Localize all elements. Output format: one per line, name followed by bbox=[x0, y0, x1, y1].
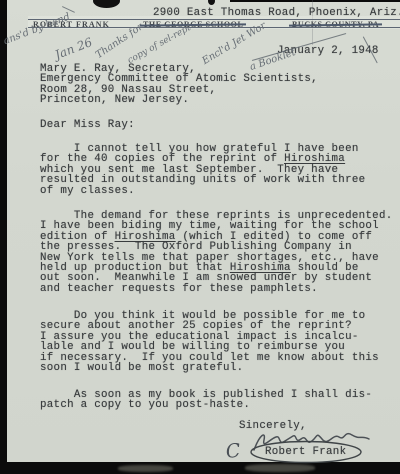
body-paragraph-1: I cannot tell you how grateful I have be… bbox=[40, 144, 365, 196]
scan-edge-left bbox=[0, 0, 7, 474]
scanned-letter: 2900 East Thomas Road, Phoenix, Ariz. RO… bbox=[0, 0, 400, 474]
body-paragraph-2: The demand for these reprints is unprece… bbox=[40, 211, 393, 294]
scan-blob-bottom-2 bbox=[245, 464, 315, 472]
scan-edge-top bbox=[230, 0, 400, 2]
salutation: Dear Miss Ray: bbox=[40, 119, 135, 131]
typed-signature: Robert Frank bbox=[265, 446, 346, 458]
body-paragraph-3: Do you think it would be possible for me… bbox=[40, 311, 379, 373]
letterhead-rule-bottom bbox=[28, 27, 400, 28]
body-line: soon I would be most grateful. bbox=[40, 363, 379, 373]
recipient-line: Princeton, New Jersey. bbox=[40, 95, 318, 105]
body-line: of my classes. bbox=[40, 186, 365, 196]
c-mark: C bbox=[225, 440, 242, 463]
scan-blob-bottom-1 bbox=[118, 465, 173, 472]
recipient-block: Mary E. Ray, Secretary,Emergency Committ… bbox=[40, 64, 318, 106]
body-paragraph-4: As soon as my book is published I shall … bbox=[40, 390, 372, 411]
body-line: patch a copy to you post-haste. bbox=[40, 400, 372, 410]
typed-address: 2900 East Thomas Road, Phoenix, Ariz. bbox=[153, 7, 400, 19]
body-line: and teacher requests for these pamphlets… bbox=[40, 284, 393, 294]
